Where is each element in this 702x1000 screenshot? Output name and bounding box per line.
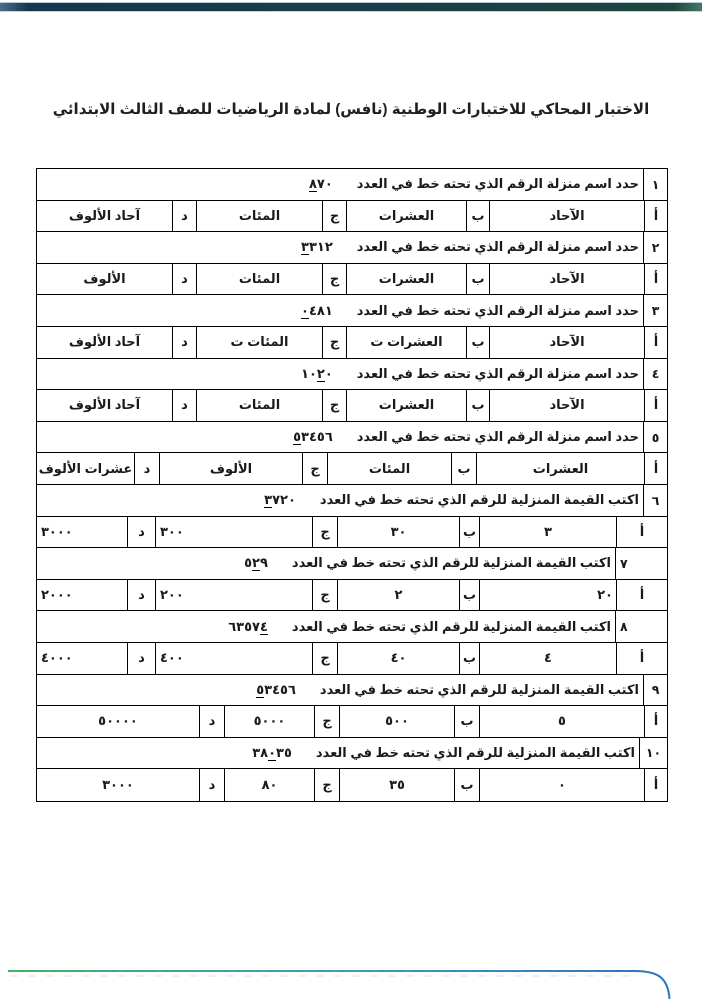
choice-letter: د [127, 643, 155, 674]
choice-letter: د [172, 264, 196, 295]
answer-row: أ٥ب٥٠٠ج٥٠٠٠د٥٠٠٠٠ [37, 706, 667, 738]
choice-letter: د [172, 201, 196, 232]
choice-letter: ج [302, 453, 327, 484]
choice-value: المئات [196, 201, 322, 232]
choice-value: ٤٠ [337, 643, 459, 674]
choice-value: ٨٠ [224, 769, 314, 801]
choice-letter: أ [616, 643, 667, 674]
choice-value: ٢٠٠ [155, 580, 312, 611]
digit-group: ٩ [260, 555, 268, 570]
question-row: ٦اكتب القيمة المنزلية للرقم الذي تحته خط… [37, 485, 667, 517]
choice-letter: ج [322, 201, 346, 232]
underlined-digit: ٣ [264, 492, 272, 508]
choice-letter: أ [616, 580, 667, 611]
choice-value: ٠ [479, 769, 644, 801]
question-number: ٧ [615, 548, 667, 579]
question-text: اكتب القيمة المنزلية للرقم الذي تحته خط … [292, 555, 611, 571]
question-row: ٩اكتب القيمة المنزلية للرقم الذي تحته خط… [37, 675, 667, 707]
choice-value: المئات [196, 264, 322, 295]
question-row: ١حدد اسم منزلة الرقم الذي تحته خط في الع… [37, 169, 667, 201]
top-decorative-bar [0, 2, 702, 12]
choice-letter: أ [644, 327, 667, 358]
choice-value: الآحاد [489, 201, 644, 232]
question-value: ٥٣٤٥٦ [293, 429, 333, 445]
choice-letter: أ [644, 706, 667, 737]
underlined-digit: ٢ [252, 555, 260, 571]
question-text: اكتب القيمة المنزلية للرقم الذي تحته خط … [320, 492, 639, 508]
choice-letter: ب [466, 201, 489, 232]
choice-letter: أ [644, 390, 667, 421]
answer-row: أالآحادبالعشرات تجالمئات تدآحاد الألوف [37, 327, 667, 359]
choice-value: العشرات [346, 201, 466, 232]
choice-value: ٤٠٠٠ [37, 643, 127, 674]
choice-letter: ج [322, 327, 346, 358]
choice-letter: أ [644, 201, 667, 232]
question-row: ١٠اكتب القيمة المنزلية للرقم الذي تحته خ… [37, 738, 667, 770]
worksheet-page: الاختبار المحاكي للاختبارات الوطنية (ناف… [0, 0, 702, 1000]
choice-value: العشرات [346, 390, 466, 421]
question-text: اكتب القيمة المنزلية للرقم الذي تحته خط … [316, 745, 635, 761]
question-cell: اكتب القيمة المنزلية للرقم الذي تحته خط … [37, 611, 615, 642]
page-title: الاختبار المحاكي للاختبارات الوطنية (ناف… [0, 100, 702, 118]
question-row: ٣حدد اسم منزلة الرقم الذي تحته خط في الع… [37, 295, 667, 327]
choice-value: عشرات الألوف [37, 453, 134, 484]
choice-letter: ب [466, 390, 489, 421]
choice-value: الآحاد [489, 327, 644, 358]
choice-letter: أ [616, 517, 667, 548]
choice-value: ٣ [479, 517, 616, 548]
question-number: ٤ [643, 359, 667, 390]
choice-letter: د [127, 517, 155, 548]
digit-group: ٣٤٥٦ [264, 682, 296, 697]
choice-value: ٥٠٠ [339, 706, 454, 737]
choice-letter: د [199, 706, 224, 737]
bottom-decorative-line [0, 958, 702, 1000]
choice-value: ٢٠ [479, 580, 616, 611]
question-number: ٢ [643, 232, 667, 263]
digit-group: ٣١٢ [309, 239, 333, 254]
question-text: حدد اسم منزلة الرقم الذي تحته خط في العد… [357, 303, 639, 319]
digit-group: ١٠ [301, 366, 317, 381]
question-text: اكتب القيمة المنزلية للرقم الذي تحته خط … [292, 619, 611, 635]
choice-letter: د [172, 390, 196, 421]
question-text: حدد اسم منزلة الرقم الذي تحته خط في العد… [357, 429, 639, 445]
choice-letter: ج [312, 517, 337, 548]
choice-letter: ج [314, 706, 339, 737]
choice-value: ٤ [479, 643, 616, 674]
underlined-digit: ٥ [293, 429, 301, 445]
question-number: ١ [643, 169, 667, 200]
choice-letter: د [172, 327, 196, 358]
choice-letter: د [134, 453, 159, 484]
choice-letter: أ [644, 453, 667, 484]
answer-row: أالآحادبالعشراتجالمئاتدالألوف [37, 264, 667, 296]
choice-letter: ج [322, 390, 346, 421]
questions-table: ١حدد اسم منزلة الرقم الذي تحته خط في الع… [36, 168, 668, 802]
answer-row: أ٢٠ب٢ج٢٠٠د٢٠٠٠ [37, 580, 667, 612]
digit-group: ٧٠ [317, 176, 333, 191]
answer-row: أالعشراتبالمئاتجالألوفدعشرات الألوف [37, 453, 667, 485]
question-cell: اكتب القيمة المنزلية للرقم الذي تحته خط … [37, 485, 643, 516]
question-value: ٣٨٠٣٥ [252, 745, 292, 761]
digit-group: ٣٤٥٦ [301, 429, 333, 444]
question-text: حدد اسم منزلة الرقم الذي تحته خط في العد… [357, 366, 639, 382]
question-value: ٥٢٩ [244, 555, 268, 571]
answer-row: أ٠ب٣٥ج٨٠د٣٠٠٠ [37, 769, 667, 801]
question-value: ٦٣٥٧٤ [228, 619, 268, 635]
question-number: ٨ [615, 611, 667, 642]
choice-value: الآحاد [489, 264, 644, 295]
question-cell: حدد اسم منزلة الرقم الذي تحته خط في العد… [37, 232, 643, 263]
underlined-digit: ٥ [256, 682, 264, 698]
question-value: ٣٣١٢ [301, 239, 333, 255]
digit-group: ٧٢٠ [272, 492, 296, 507]
choice-letter: ج [312, 643, 337, 674]
choice-value: ٢ [337, 580, 459, 611]
choice-value: العشرات ت [346, 327, 466, 358]
choice-letter: ب [451, 453, 476, 484]
question-cell: اكتب القيمة المنزلية للرقم الذي تحته خط … [37, 548, 615, 579]
choice-letter: ج [312, 580, 337, 611]
choice-value: ٥ [479, 706, 644, 737]
choice-letter: ج [314, 769, 339, 801]
question-text: اكتب القيمة المنزلية للرقم الذي تحته خط … [320, 682, 639, 698]
digit-group: ٣٨ [252, 745, 268, 760]
choice-value: ٤٠٠ [155, 643, 312, 674]
question-cell: حدد اسم منزلة الرقم الذي تحته خط في العد… [37, 422, 643, 453]
question-row: ٥حدد اسم منزلة الرقم الذي تحته خط في الع… [37, 422, 667, 454]
question-cell: حدد اسم منزلة الرقم الذي تحته خط في العد… [37, 295, 643, 326]
digit-group: ٠ [325, 366, 333, 381]
choice-letter: د [199, 769, 224, 801]
question-cell: حدد اسم منزلة الرقم الذي تحته خط في العد… [37, 169, 643, 200]
choice-value: ٣٠٠٠ [37, 517, 127, 548]
underlined-digit: ٠ [268, 745, 276, 761]
underlined-digit: ٨ [309, 176, 317, 192]
answer-row: أالآحادبالعشراتجالمئاتدآحاد الألوف [37, 201, 667, 233]
digit-group: ٦٣٥٧ [228, 619, 260, 634]
underlined-digit: ٤ [260, 619, 268, 635]
choice-value: الألوف [159, 453, 302, 484]
choice-value: العشرات [346, 264, 466, 295]
choice-letter: ج [322, 264, 346, 295]
question-value: ٥٣٤٥٦ [256, 682, 296, 698]
question-text: حدد اسم منزلة الرقم الذي تحته خط في العد… [357, 239, 639, 255]
choice-value: الألوف [37, 264, 172, 295]
choice-letter: ب [454, 706, 479, 737]
swoosh-path [8, 971, 670, 999]
question-row: ٨اكتب القيمة المنزلية للرقم الذي تحته خط… [37, 611, 667, 643]
question-value: ٣٧٢٠ [264, 492, 296, 508]
choice-value: ٣٥ [339, 769, 454, 801]
answer-row: أالآحادبالعشراتجالمئاتدآحاد الألوف [37, 390, 667, 422]
choice-letter: ب [459, 580, 479, 611]
underlined-digit: ٠ [301, 303, 309, 319]
underlined-digit: ٢ [317, 366, 325, 382]
question-value: ١٠٢٠ [301, 366, 333, 382]
question-number: ٦ [643, 485, 667, 516]
question-number: ٩ [643, 675, 667, 706]
choice-letter: ب [459, 643, 479, 674]
digit-group: ٥ [244, 555, 252, 570]
question-number: ٥ [643, 422, 667, 453]
choice-value: ٥٠٠٠ [224, 706, 314, 737]
question-row: ٤حدد اسم منزلة الرقم الذي تحته خط في الع… [37, 359, 667, 391]
choice-value: المئات ت [196, 327, 322, 358]
choice-letter: ب [466, 264, 489, 295]
choice-value: آحاد الألوف [37, 327, 172, 358]
question-cell: اكتب القيمة المنزلية للرقم الذي تحته خط … [37, 675, 643, 706]
question-row: ٧اكتب القيمة المنزلية للرقم الذي تحته خط… [37, 548, 667, 580]
choice-value: ٣٠٠٠ [37, 769, 199, 801]
choice-letter: ب [466, 327, 489, 358]
choice-value: ٢٠٠٠ [37, 580, 127, 611]
digit-group: ٤٨١ [309, 303, 333, 318]
choice-value: آحاد الألوف [37, 390, 172, 421]
question-cell: حدد اسم منزلة الرقم الذي تحته خط في العد… [37, 359, 643, 390]
choice-letter: د [127, 580, 155, 611]
digit-group: ٣٥ [276, 745, 292, 760]
choice-value: ٣٠ [337, 517, 459, 548]
choice-value: ٣٠٠ [155, 517, 312, 548]
choice-value: ٥٠٠٠٠ [37, 706, 199, 737]
question-value: ٨٧٠ [309, 176, 333, 192]
choice-value: الآحاد [489, 390, 644, 421]
question-value: ٠٤٨١ [301, 303, 333, 319]
question-cell: اكتب القيمة المنزلية للرقم الذي تحته خط … [37, 738, 639, 769]
question-number: ٣ [643, 295, 667, 326]
answer-row: أ٤ب٤٠ج٤٠٠د٤٠٠٠ [37, 643, 667, 675]
choice-letter: أ [644, 769, 667, 801]
choice-letter: ب [454, 769, 479, 801]
choice-value: المئات [327, 453, 451, 484]
choice-value: المئات [196, 390, 322, 421]
underlined-digit: ٣ [301, 239, 309, 255]
choice-value: العشرات [476, 453, 644, 484]
question-row: ٢حدد اسم منزلة الرقم الذي تحته خط في الع… [37, 232, 667, 264]
question-number: ١٠ [639, 738, 667, 769]
choice-letter: أ [644, 264, 667, 295]
choice-letter: ب [459, 517, 479, 548]
answer-row: أ٣ب٣٠ج٣٠٠د٣٠٠٠ [37, 517, 667, 549]
choice-value: آحاد الألوف [37, 201, 172, 232]
question-text: حدد اسم منزلة الرقم الذي تحته خط في العد… [357, 176, 639, 192]
